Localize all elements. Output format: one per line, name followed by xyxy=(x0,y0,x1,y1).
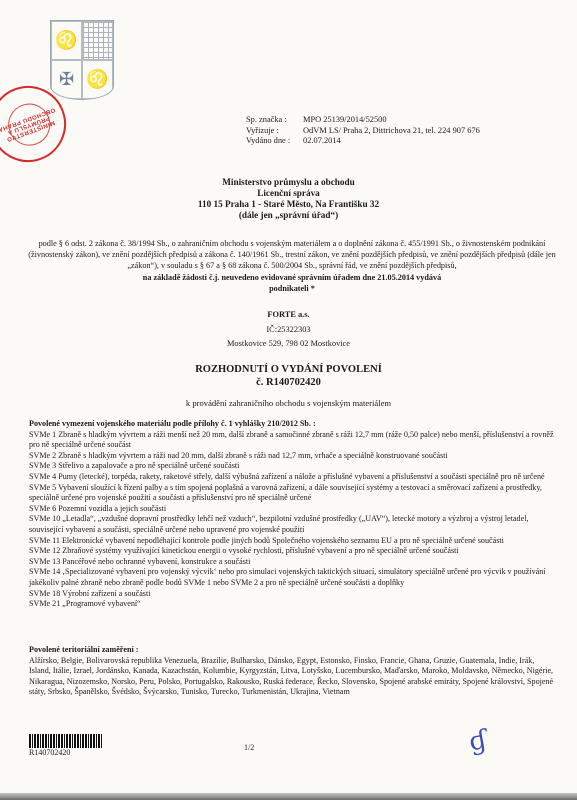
material-item: SVMe 10 „Letadla“, „vzdušné dopravní pro… xyxy=(29,514,554,535)
request-line: na základě žádosti č.j. neuvedeno evidov… xyxy=(28,272,556,283)
material-item: SVMe 3 Střelivo a zapalovače a pro ně sp… xyxy=(29,461,554,472)
lion-icon: ♌ xyxy=(82,60,113,99)
eagle-icon: ✠ xyxy=(51,60,82,99)
reference-value: MPO 25139/2014/52500 xyxy=(303,115,387,126)
legal-basis-text: podle § 6 odst. 2 zákona č. 38/1994 Sb.,… xyxy=(28,238,556,272)
company-name: FORTE a.s. xyxy=(0,308,577,323)
materials-list: SVMe 1 Zbraně s hladkým vývrtem a ráži m… xyxy=(29,430,554,610)
authority-address: 110 15 Praha 1 - Staré Město, Na Františ… xyxy=(0,199,577,210)
barcode-icon xyxy=(29,734,102,748)
company-address: Mostkovice 529, 798 02 Mostkovice xyxy=(0,337,577,352)
document-page: ♌ ✠ ♌ MINISTERSTVO PRŮMYSLU A OBCHODU PR… xyxy=(0,0,577,800)
reference-value: 02.07.2014 xyxy=(303,136,341,147)
material-item: SVMe 2 Zbraně s hladkým vývrtem a ráži n… xyxy=(29,451,554,462)
authority-block: Ministerstvo průmyslu a obchodu Licenční… xyxy=(0,177,577,221)
decision-title-block: ROZHODNUTÍ O VYDÁNÍ POVOLENÍ č. R1407024… xyxy=(0,363,577,389)
page-number: 1/2 xyxy=(244,743,254,752)
reference-label: Vydáno dne : xyxy=(246,136,303,147)
materials-heading: Povolené vymezení vojenského materiálu p… xyxy=(29,419,554,430)
territories-list: Alžírsko, Belgie, Bolivarovská republika… xyxy=(29,656,554,698)
material-item: SVMe 11 Elektronické vybavení nepodléhaj… xyxy=(29,536,554,547)
material-item: SVMe 18 Výrobní zařízení a součásti xyxy=(29,589,554,600)
materials-section: Povolené vymezení vojenského materiálu p… xyxy=(29,419,554,610)
reference-label: Vyřizuje : xyxy=(246,126,303,137)
signature-icon: ɠ xyxy=(467,723,503,768)
authority-alias: (dále jen „správní úřad“) xyxy=(0,210,577,221)
authority-department: Licenční správa xyxy=(0,188,577,199)
company-ic: IČ:25322303 xyxy=(0,323,577,338)
checkered-eagle-icon xyxy=(82,21,113,60)
reference-row: Vydáno dne : 02.07.2014 xyxy=(246,136,480,147)
material-item: SVMe 6 Pozemní vozidla a jejich součásti xyxy=(29,504,554,515)
decision-number: č. R140702420 xyxy=(0,376,577,389)
material-item: SVMe 13 Pancéřové nebo ochranné vybavení… xyxy=(29,557,554,568)
material-item: SVMe 21 „Programové vybavení“ xyxy=(29,599,554,610)
reference-row: Vyřizuje : OdVM LS/ Praha 2, Dittrichova… xyxy=(246,126,480,137)
material-item: SVMe 12 Zbraňové systémy využívající kin… xyxy=(29,546,554,557)
material-item: SVMe 1 Zbraně s hladkým vývrtem a ráži m… xyxy=(29,430,554,451)
material-item: SVMe 4 Pumy (letecké), torpéda, rakety, … xyxy=(29,472,554,483)
recipient-label: podnikateli * xyxy=(28,283,556,294)
material-item: SVMe 5 Vybavení sloužící k řízení palby … xyxy=(29,483,554,504)
reference-row: Sp. značka : MPO 25139/2014/52500 xyxy=(246,115,480,126)
material-item: SVMe 14 ‚Specializované vybavení pro voj… xyxy=(29,567,554,588)
lion-icon: ♌ xyxy=(51,21,82,60)
territories-section: Povolené teritoriální zaměření : Alžírsk… xyxy=(29,645,554,698)
barcode-number: R140702420 xyxy=(29,748,70,757)
scan-edge xyxy=(0,793,577,800)
decision-purpose: k provádění zahraničního obchodu s vojen… xyxy=(0,398,577,408)
reference-block: Sp. značka : MPO 25139/2014/52500 Vyřizu… xyxy=(246,115,480,147)
coat-of-arms-icon: ♌ ✠ ♌ xyxy=(50,20,114,100)
territories-heading: Povolené teritoriální zaměření : xyxy=(29,645,554,656)
decision-title: ROZHODNUTÍ O VYDÁNÍ POVOLENÍ xyxy=(0,363,577,376)
company-block: FORTE a.s. IČ:25322303 Mostkovice 529, 7… xyxy=(0,308,577,352)
authority-name: Ministerstvo průmyslu a obchodu xyxy=(0,177,577,188)
reference-label: Sp. značka : xyxy=(246,115,303,126)
legal-basis: podle § 6 odst. 2 zákona č. 38/1994 Sb.,… xyxy=(28,238,556,294)
reference-value: OdVM LS/ Praha 2, Dittrichova 21, tel. 2… xyxy=(303,126,480,137)
